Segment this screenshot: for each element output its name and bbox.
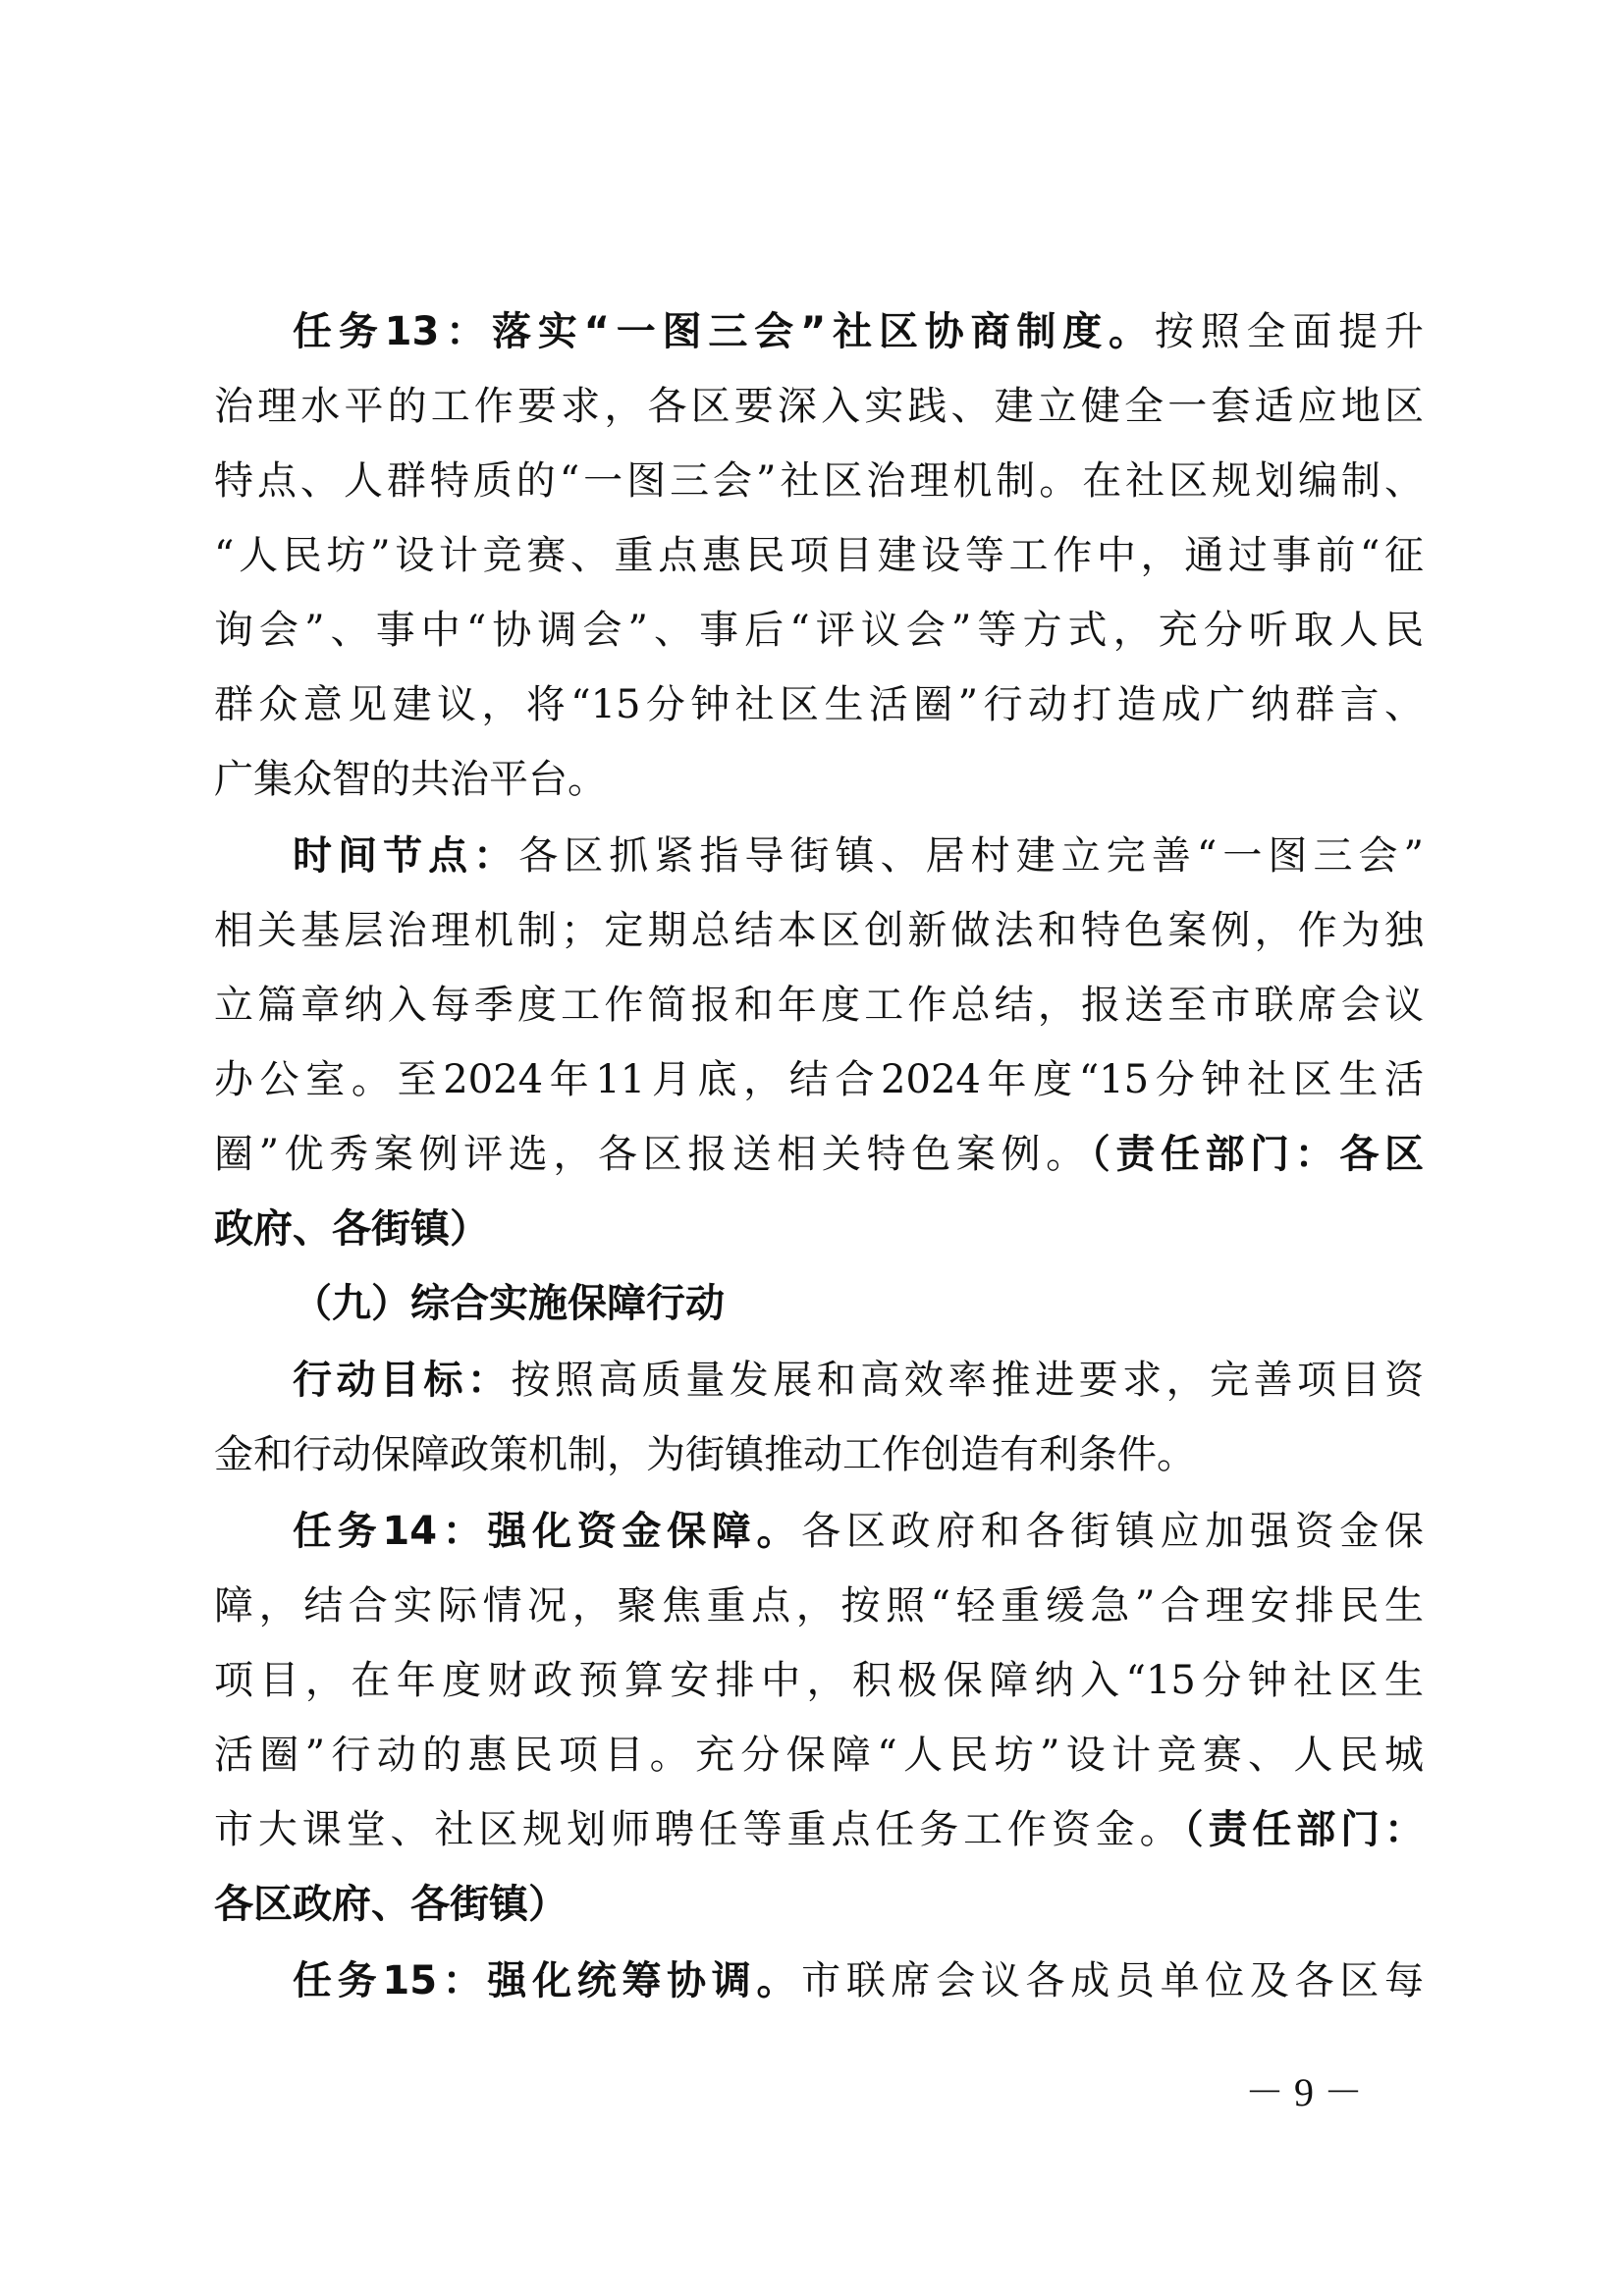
text-line: 活圈”行动的惠民项目。充分保障“人民坊”设计竞赛、人民城 (214, 1718, 1424, 1792)
body-text: 按照全面提升 (1155, 309, 1424, 354)
section-heading: （九）综合实施保障行动 (214, 1266, 1424, 1341)
bold-heading: 行动目标： (293, 1358, 511, 1403)
body-text: 按照高质量发展和高效率推进要求，完善项目资 (511, 1358, 1424, 1403)
text-line: 相关基层治理机制；定期总结本区创新做法和特色案例，作为独 (214, 893, 1424, 968)
body-text: 办公室。至2024年11月底，结合2024年度“15分钟社区生活 (214, 1057, 1424, 1102)
responsible-dept: 政府、各街镇） (214, 1206, 489, 1252)
page-number: － 9 － (1245, 2061, 1363, 2117)
text-line: “人民坊”设计竞赛、重点惠民项目建设等工作中，通过事前“征 (214, 518, 1424, 593)
responsible-dept: （责任部门：各区 (1091, 1132, 1424, 1177)
body-text: 询会”、事中“协调会”、事后“评议会”等方式，充分听取人民 (214, 608, 1424, 653)
body-text: 特点、人群特质的“一图三会”社区治理机制。在社区规划编制、 (214, 458, 1424, 504)
body-text: 广集众智的共治平台。 (214, 757, 607, 802)
body-text: “人民坊”设计竞赛、重点惠民项目建设等工作中，通过事前“征 (214, 533, 1424, 578)
body-text: 活圈”行动的惠民项目。充分保障“人民坊”设计竞赛、人民城 (214, 1733, 1424, 1778)
text-line: 特点、人群特质的“一图三会”社区治理机制。在社区规划编制、 (214, 444, 1424, 518)
text-line: 各区政府、各街镇） (214, 1867, 1424, 1942)
body-text: 各区抓紧指导街镇、居村建立完善“一图三会” (518, 833, 1424, 879)
body-text: 相关基层治理机制；定期总结本区创新做法和特色案例，作为独 (214, 908, 1424, 953)
text-line: 任务15：强化统筹协调。市联席会议各成员单位及各区每 (214, 1944, 1424, 2018)
text-line: 群众意见建议，将“15分钟社区生活圈”行动打造成广纳群言、 (214, 667, 1424, 742)
body-text: 金和行动保障政策机制，为街镇推动工作创造有利条件。 (214, 1432, 1196, 1477)
text-line: 圈”优秀案例评选，各区报送相关特色案例。（责任部门：各区 (214, 1117, 1424, 1192)
text-line: 广集众智的共治平台。 (214, 742, 1424, 817)
text-line: 障，结合实际情况，聚焦重点，按照“轻重缓急”合理安排民生 (214, 1569, 1424, 1643)
responsible-dept: （责任部门： (1184, 1807, 1424, 1852)
text-line: 办公室。至2024年11月底，结合2024年度“15分钟社区生活 (214, 1042, 1424, 1117)
text-line: 时间节点：各区抓紧指导街镇、居村建立完善“一图三会” (214, 819, 1424, 893)
text-line: 金和行动保障政策机制，为街镇推动工作创造有利条件。 (214, 1417, 1424, 1492)
text-line: 市大课堂、社区规划师聘任等重点任务工作资金。（责任部门： (214, 1792, 1424, 1867)
text-line: 项目，在年度财政预算安排中，积极保障纳入“15分钟社区生 (214, 1643, 1424, 1718)
bold-heading: 任务13：落实“一图三会”社区协商制度。 (293, 309, 1155, 354)
body-text: 障，结合实际情况，聚焦重点，按照“轻重缓急”合理安排民生 (214, 1583, 1424, 1629)
text-line: 任务14：强化资金保障。各区政府和各街镇应加强资金保 (214, 1494, 1424, 1569)
text-line: 行动目标：按照高质量发展和高效率推进要求，完善项目资 (214, 1343, 1424, 1417)
text-line: 立篇章纳入每季度工作简报和年度工作总结，报送至市联席会议 (214, 968, 1424, 1042)
text-line: 政府、各街镇） (214, 1192, 1424, 1266)
body-text: 项目，在年度财政预算安排中，积极保障纳入“15分钟社区生 (214, 1658, 1424, 1703)
text-line: 任务13：落实“一图三会”社区协商制度。按照全面提升 (214, 294, 1424, 369)
bold-heading: 时间节点： (293, 833, 518, 879)
responsible-dept: 各区政府、各街镇） (214, 1882, 568, 1927)
body-text: 市联席会议各成员单位及各区每 (801, 1958, 1424, 2003)
section-title: （九）综合实施保障行动 (293, 1281, 725, 1326)
body-text: 圈”优秀案例评选，各区报送相关特色案例。 (214, 1132, 1091, 1177)
bold-heading: 任务14：强化资金保障。 (293, 1509, 801, 1554)
body-text: 治理水平的工作要求，各区要深入实践、建立健全一套适应地区 (214, 384, 1424, 429)
body-text: 立篇章纳入每季度工作简报和年度工作总结，报送至市联席会议 (214, 983, 1424, 1028)
body-text: 群众意见建议，将“15分钟社区生活圈”行动打造成广纳群言、 (214, 682, 1424, 727)
body-text: 各区政府和各街镇应加强资金保 (801, 1509, 1424, 1554)
text-line: 询会”、事中“协调会”、事后“评议会”等方式，充分听取人民 (214, 593, 1424, 667)
text-line: 治理水平的工作要求，各区要深入实践、建立健全一套适应地区 (214, 369, 1424, 444)
bold-heading: 任务15：强化统筹协调。 (293, 1958, 801, 2003)
body-text: 市大课堂、社区规划师聘任等重点任务工作资金。 (214, 1807, 1184, 1852)
